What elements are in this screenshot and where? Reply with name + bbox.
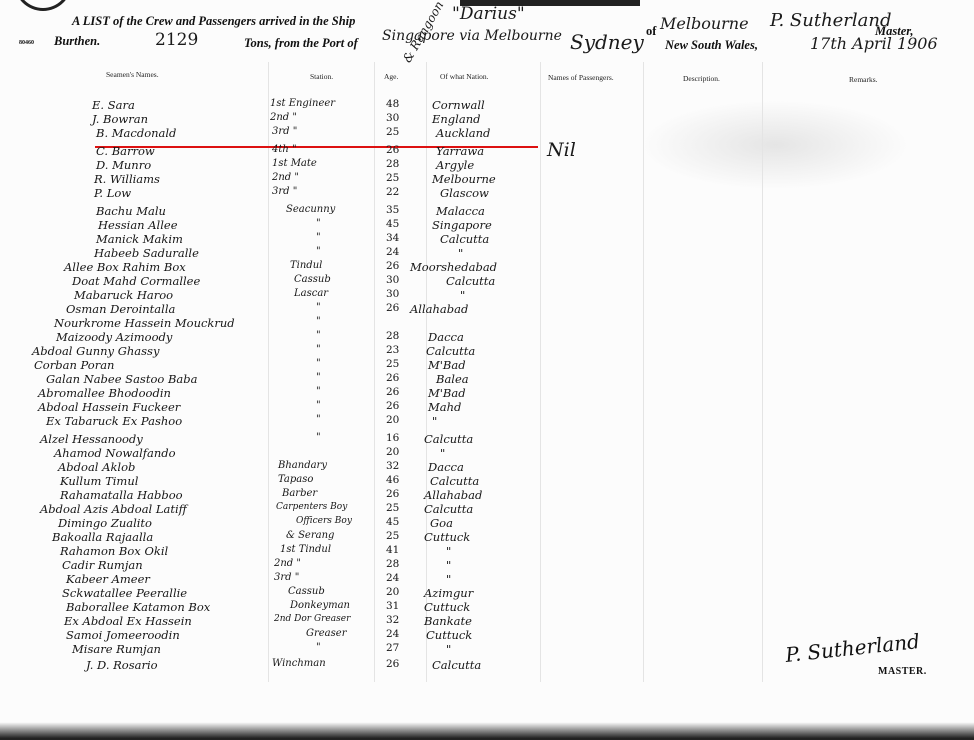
crew-row: D. Munro1st Mate28Argyle bbox=[0, 158, 600, 172]
crew-nation: Cornwall bbox=[432, 98, 485, 112]
crew-row: Abdoal Gunny Ghassy"23Calcutta bbox=[0, 344, 600, 358]
crew-age: 25 bbox=[386, 358, 399, 370]
crew-row: Habeeb Saduralle"24" bbox=[0, 246, 600, 260]
crew-nation: England bbox=[432, 112, 480, 126]
crew-name: D. Munro bbox=[96, 158, 151, 172]
crew-age: 26 bbox=[386, 372, 399, 384]
crew-station: Barber bbox=[282, 488, 317, 499]
crew-row: Kabeer Ameer3rd "24" bbox=[0, 572, 600, 586]
crew-nation: Calcutta bbox=[430, 474, 479, 488]
crew-nation: Singapore bbox=[432, 218, 492, 232]
crew-row: Misare Rumjan"27" bbox=[0, 642, 600, 656]
crew-station: Bhandary bbox=[278, 460, 327, 471]
crew-nation: " bbox=[432, 414, 437, 428]
crew-station: " bbox=[316, 344, 321, 355]
crew-nation: Melbourne bbox=[432, 172, 496, 186]
crew-station: " bbox=[316, 232, 321, 243]
crew-name: Osman Derointalla bbox=[66, 302, 175, 316]
crew-name: Alzel Hessanoody bbox=[40, 432, 143, 446]
crew-nation: Balea bbox=[436, 372, 469, 386]
of-port: Melbourne bbox=[660, 14, 749, 33]
crew-age: 20 bbox=[386, 586, 399, 598]
crew-nation: " bbox=[446, 544, 451, 558]
crew-age: 35 bbox=[386, 204, 399, 216]
crew-nation: " bbox=[458, 246, 463, 260]
crew-nation: Azimgur bbox=[424, 586, 473, 600]
crew-row: Mabaruck HarooLascar30" bbox=[0, 288, 600, 302]
crew-row: Alzel Hessanoody"16Calcutta bbox=[0, 432, 600, 446]
crew-age: 27 bbox=[386, 642, 399, 654]
crew-row: Ahamod Nowalfando20" bbox=[0, 446, 600, 460]
burthen-value: 2129 bbox=[155, 30, 198, 50]
crew-row: Kullum TimulTapaso46Calcutta bbox=[0, 474, 600, 488]
crew-station: " bbox=[316, 414, 321, 425]
crew-age: 24 bbox=[386, 572, 399, 584]
crew-station: " bbox=[316, 386, 321, 397]
crew-name: Abromallee Bhodoodin bbox=[38, 386, 171, 400]
crew-nation: Moorshedabad bbox=[410, 260, 497, 274]
crew-row: Sckwatallee PeerallieCassub20Azimgur bbox=[0, 586, 600, 600]
crew-row: C. Barrow4th "26Yarrawa bbox=[0, 144, 600, 158]
crew-station: 1st Tindul bbox=[280, 544, 331, 555]
crew-age: 48 bbox=[386, 98, 399, 110]
col-description: Description. bbox=[683, 74, 720, 83]
crew-row: J. Bowran2nd "30England bbox=[0, 112, 600, 126]
crew-row: Abdoal Hassein Fuckeer"26Mahd bbox=[0, 400, 600, 414]
crew-name: Sckwatallee Peerallie bbox=[62, 586, 187, 600]
crew-age: 16 bbox=[386, 432, 399, 444]
crew-name: Manick Makim bbox=[96, 232, 183, 246]
crew-row: E. Sara1st Engineer48Cornwall bbox=[0, 98, 600, 112]
crew-station: Lascar bbox=[294, 288, 328, 299]
crew-row: Dimingo ZualitoOfficers Boy45Goa bbox=[0, 516, 600, 530]
crew-name: C. Barrow bbox=[96, 144, 155, 158]
crew-name: Galan Nabee Sastoo Baba bbox=[46, 372, 197, 386]
crew-nation: " bbox=[460, 288, 465, 302]
crew-row: Abromallee Bhodoodin"26M'Bad bbox=[0, 386, 600, 400]
crew-name: Cadir Rumjan bbox=[62, 558, 143, 572]
crew-row: Allee Box Rahim BoxTindul26Moorshedabad bbox=[0, 260, 600, 274]
crew-station: Cassub bbox=[288, 586, 325, 597]
crew-age: 28 bbox=[386, 330, 399, 342]
crew-nation: " bbox=[446, 558, 451, 572]
crew-age: 20 bbox=[386, 414, 399, 426]
crew-nation: Glascow bbox=[440, 186, 489, 200]
column-rule bbox=[762, 62, 763, 682]
crew-nation: M'Bad bbox=[428, 386, 466, 400]
crew-name: Kullum Timul bbox=[60, 474, 138, 488]
crew-station: " bbox=[316, 372, 321, 383]
crew-row: Bakoalla Rajaalla& Serang25Cuttuck bbox=[0, 530, 600, 544]
crew-nation: Cuttuck bbox=[426, 628, 472, 642]
crew-station: Seacunny bbox=[286, 204, 335, 215]
crew-nation: Allahabad bbox=[424, 488, 482, 502]
crew-age: 32 bbox=[386, 460, 399, 472]
crew-row: Doat Mahd CormalleeCassub30Calcutta bbox=[0, 274, 600, 288]
crew-row: Ex Tabaruck Ex Pashoo"20" bbox=[0, 414, 600, 428]
crew-station: 3rd " bbox=[272, 186, 297, 197]
crew-nation: " bbox=[440, 446, 445, 460]
crew-age: 26 bbox=[386, 144, 399, 156]
crew-row: Hessian Allee"45Singapore bbox=[0, 218, 600, 232]
crew-station: Carpenters Boy bbox=[276, 502, 347, 512]
crew-name: Corban Poran bbox=[34, 358, 114, 372]
crew-nation: Malacca bbox=[436, 204, 485, 218]
crew-nation: Dacca bbox=[428, 460, 464, 474]
crew-age: 24 bbox=[386, 246, 399, 258]
crew-nation: Dacca bbox=[428, 330, 464, 344]
corner-number: 80460 bbox=[19, 40, 34, 46]
crew-age: 45 bbox=[386, 218, 399, 230]
crew-nation: Calcutta bbox=[426, 344, 475, 358]
crew-row: Abdoal Azis Abdoal LatiffCarpenters Boy2… bbox=[0, 502, 600, 516]
crew-name: J. D. Rosario bbox=[86, 658, 158, 672]
crew-nation: Cuttuck bbox=[424, 530, 470, 544]
crew-age: 28 bbox=[386, 158, 399, 170]
crew-age: 30 bbox=[386, 274, 399, 286]
crew-age: 32 bbox=[386, 614, 399, 626]
crew-age: 25 bbox=[386, 502, 399, 514]
crew-station: 3rd " bbox=[274, 572, 299, 583]
crew-station: " bbox=[316, 302, 321, 313]
crew-station: & Serang bbox=[286, 530, 334, 541]
arrival-port: Sydney bbox=[570, 30, 644, 54]
crew-name: Habeeb Saduralle bbox=[94, 246, 199, 260]
crew-age: 26 bbox=[386, 488, 399, 500]
crew-nation: M'Bad bbox=[428, 358, 466, 372]
col-station: Station. bbox=[310, 72, 333, 81]
crew-nation: Calcutta bbox=[424, 502, 473, 516]
column-rule bbox=[643, 62, 644, 682]
crew-nation: Calcutta bbox=[440, 232, 489, 246]
crew-age: 31 bbox=[386, 600, 399, 612]
master-name: P. Sutherland bbox=[770, 10, 892, 31]
crew-name: Kabeer Ameer bbox=[66, 572, 150, 586]
crew-nation: Calcutta bbox=[446, 274, 495, 288]
crew-age: 26 bbox=[386, 658, 399, 670]
crew-row: Cadir Rumjan2nd "28" bbox=[0, 558, 600, 572]
crew-age: 24 bbox=[386, 628, 399, 640]
crew-station: 1st Mate bbox=[272, 158, 317, 169]
crew-name: Ex Tabaruck Ex Pashoo bbox=[46, 414, 182, 428]
crew-age: 34 bbox=[386, 232, 399, 244]
crew-station: " bbox=[316, 358, 321, 369]
crew-name: J. Bowran bbox=[92, 112, 148, 126]
ship-name: "Darius" bbox=[452, 4, 525, 24]
crew-station: 1st Engineer bbox=[270, 98, 335, 109]
crew-row: Rahamon Box Okil1st Tindul41" bbox=[0, 544, 600, 558]
crew-station: 3rd " bbox=[272, 126, 297, 137]
crew-station: " bbox=[316, 400, 321, 411]
crew-row: Galan Nabee Sastoo Baba"26Balea bbox=[0, 372, 600, 386]
crew-nation: Calcutta bbox=[424, 432, 473, 446]
crew-nation: Argyle bbox=[436, 158, 474, 172]
crew-age: 41 bbox=[386, 544, 399, 556]
crew-name: Hessian Allee bbox=[98, 218, 178, 232]
crew-row: Baborallee Katamon BoxDonkeyman31Cuttuck bbox=[0, 600, 600, 614]
crew-name: Doat Mahd Cormallee bbox=[72, 274, 200, 288]
crew-name: Rahamon Box Okil bbox=[60, 544, 168, 558]
crew-row: Samoi JomeeroodinGreaser24Cuttuck bbox=[0, 628, 600, 642]
crew-age: 26 bbox=[386, 400, 399, 412]
crew-name: Baborallee Katamon Box bbox=[66, 600, 210, 614]
crew-station: Winchman bbox=[272, 658, 326, 669]
crew-station: " bbox=[316, 316, 321, 327]
crew-name: Bachu Malu bbox=[96, 204, 166, 218]
crew-row: Maizoody Azimoody"28Dacca bbox=[0, 330, 600, 344]
paper-smudge bbox=[640, 100, 910, 190]
crew-age: 46 bbox=[386, 474, 399, 486]
crew-row: P. Low3rd "22Glascow bbox=[0, 186, 600, 200]
crew-row: Corban Poran"25M'Bad bbox=[0, 358, 600, 372]
crew-name: Abdoal Azis Abdoal Latiff bbox=[40, 502, 187, 516]
arrival-date: 17th April 1906 bbox=[810, 34, 938, 53]
crew-name: Rahamatalla Habboo bbox=[60, 488, 183, 502]
master-signature: P. Sutherland bbox=[784, 629, 921, 667]
crew-name: B. Macdonald bbox=[96, 126, 176, 140]
master-caption: MASTER. bbox=[878, 666, 927, 677]
crew-name: E. Sara bbox=[92, 98, 135, 112]
crew-row: Nourkrome Hassein Mouckrud" bbox=[0, 316, 600, 330]
crew-name: Abdoal Hassein Fuckeer bbox=[38, 400, 180, 414]
crew-name: Ex Abdoal Ex Hassein bbox=[64, 614, 192, 628]
col-passengers: Names of Passengers. bbox=[548, 73, 614, 82]
crew-nation: Goa bbox=[430, 516, 453, 530]
crew-station: 4th " bbox=[272, 144, 297, 155]
crew-station: Cassub bbox=[294, 274, 331, 285]
crew-nation: Calcutta bbox=[432, 658, 481, 672]
crew-row: B. Macdonald3rd "25Auckland bbox=[0, 126, 600, 140]
crew-station: 2nd Dor Greaser bbox=[274, 614, 350, 624]
crew-station: " bbox=[316, 218, 321, 229]
crew-name: R. Williams bbox=[94, 172, 160, 186]
crew-row: Abdoal AklobBhandary32Dacca bbox=[0, 460, 600, 474]
crew-station: Officers Boy bbox=[296, 516, 352, 526]
crew-name: Maizoody Azimoody bbox=[56, 330, 172, 344]
crew-age: 25 bbox=[386, 126, 399, 138]
crew-name: Mabaruck Haroo bbox=[74, 288, 173, 302]
crew-nation: Yarrawa bbox=[436, 144, 484, 158]
crew-station: " bbox=[316, 330, 321, 341]
crew-station: Tapaso bbox=[278, 474, 313, 485]
manifest-page: SYDNEY A LIST of the Crew and Passengers… bbox=[0, 0, 974, 740]
scan-edge-shadow bbox=[0, 722, 974, 740]
crew-station: 2nd " bbox=[270, 112, 297, 123]
crew-age: 30 bbox=[386, 112, 399, 124]
crew-name: Allee Box Rahim Box bbox=[64, 260, 186, 274]
crew-name: Abdoal Aklob bbox=[58, 460, 135, 474]
crew-station: " bbox=[316, 246, 321, 257]
crew-age: 45 bbox=[386, 516, 399, 528]
crew-station: " bbox=[316, 642, 321, 653]
of-label: of bbox=[646, 24, 656, 39]
crew-name: Bakoalla Rajaalla bbox=[52, 530, 153, 544]
crew-name: Ahamod Nowalfando bbox=[54, 446, 176, 460]
crew-age: 26 bbox=[386, 386, 399, 398]
crew-row: J. D. RosarioWinchman26Calcutta bbox=[0, 658, 600, 672]
crew-row: R. Williams2nd "25Melbourne bbox=[0, 172, 600, 186]
crew-age: 20 bbox=[386, 446, 399, 458]
crew-station: 2nd " bbox=[272, 172, 299, 183]
crew-name: P. Low bbox=[94, 186, 131, 200]
crew-age: 26 bbox=[386, 260, 399, 272]
burthen-label: Burthen. bbox=[54, 34, 100, 49]
crew-nation: Bankate bbox=[424, 614, 472, 628]
crew-name: Misare Rumjan bbox=[72, 642, 161, 656]
crew-name: Nourkrome Hassein Mouckrud bbox=[54, 316, 235, 330]
crew-age: 25 bbox=[386, 172, 399, 184]
crew-name: Samoi Jomeeroodin bbox=[66, 628, 180, 642]
crew-name: Abdoal Gunny Ghassy bbox=[32, 344, 159, 358]
crew-station: " bbox=[316, 432, 321, 443]
crew-row: Bachu MaluSeacunny35Malacca bbox=[0, 204, 600, 218]
crew-row: Ex Abdoal Ex Hassein2nd Dor Greaser32Ban… bbox=[0, 614, 600, 628]
crew-age: 26 bbox=[386, 302, 399, 314]
crew-row: Manick Makim"34Calcutta bbox=[0, 232, 600, 246]
crew-age: 28 bbox=[386, 558, 399, 570]
crew-nation: Mahd bbox=[428, 400, 461, 414]
crew-station: Tindul bbox=[290, 260, 322, 271]
crew-age: 23 bbox=[386, 344, 399, 356]
crew-row: Rahamatalla HabbooBarber26Allahabad bbox=[0, 488, 600, 502]
crew-nation: Allahabad bbox=[410, 302, 468, 316]
crew-age: 22 bbox=[386, 186, 399, 198]
crew-nation: " bbox=[446, 572, 451, 586]
crew-name: Dimingo Zualito bbox=[58, 516, 152, 530]
crew-row: Osman Derointalla"26Allahabad bbox=[0, 302, 600, 316]
sydney-stamp: SYDNEY bbox=[14, 0, 72, 11]
crew-nation: Cuttuck bbox=[424, 600, 470, 614]
col-remarks: Remarks. bbox=[849, 75, 878, 84]
tons-label: Tons, from the Port of bbox=[244, 36, 358, 51]
state-label: New South Wales, bbox=[665, 38, 758, 53]
crew-age: 25 bbox=[386, 530, 399, 542]
crew-station: Greaser bbox=[306, 628, 346, 639]
col-seamen-names: Seamen's Names. bbox=[106, 70, 159, 79]
crew-nation: Auckland bbox=[436, 126, 490, 140]
crew-nation: " bbox=[446, 642, 451, 656]
col-nation: Of what Nation. bbox=[440, 72, 489, 81]
col-age: Age. bbox=[384, 72, 398, 81]
crew-age: 30 bbox=[386, 288, 399, 300]
crew-station: 2nd " bbox=[274, 558, 301, 569]
crew-station: Donkeyman bbox=[290, 600, 350, 611]
form-title: A LIST of the Crew and Passengers arrive… bbox=[72, 14, 355, 29]
